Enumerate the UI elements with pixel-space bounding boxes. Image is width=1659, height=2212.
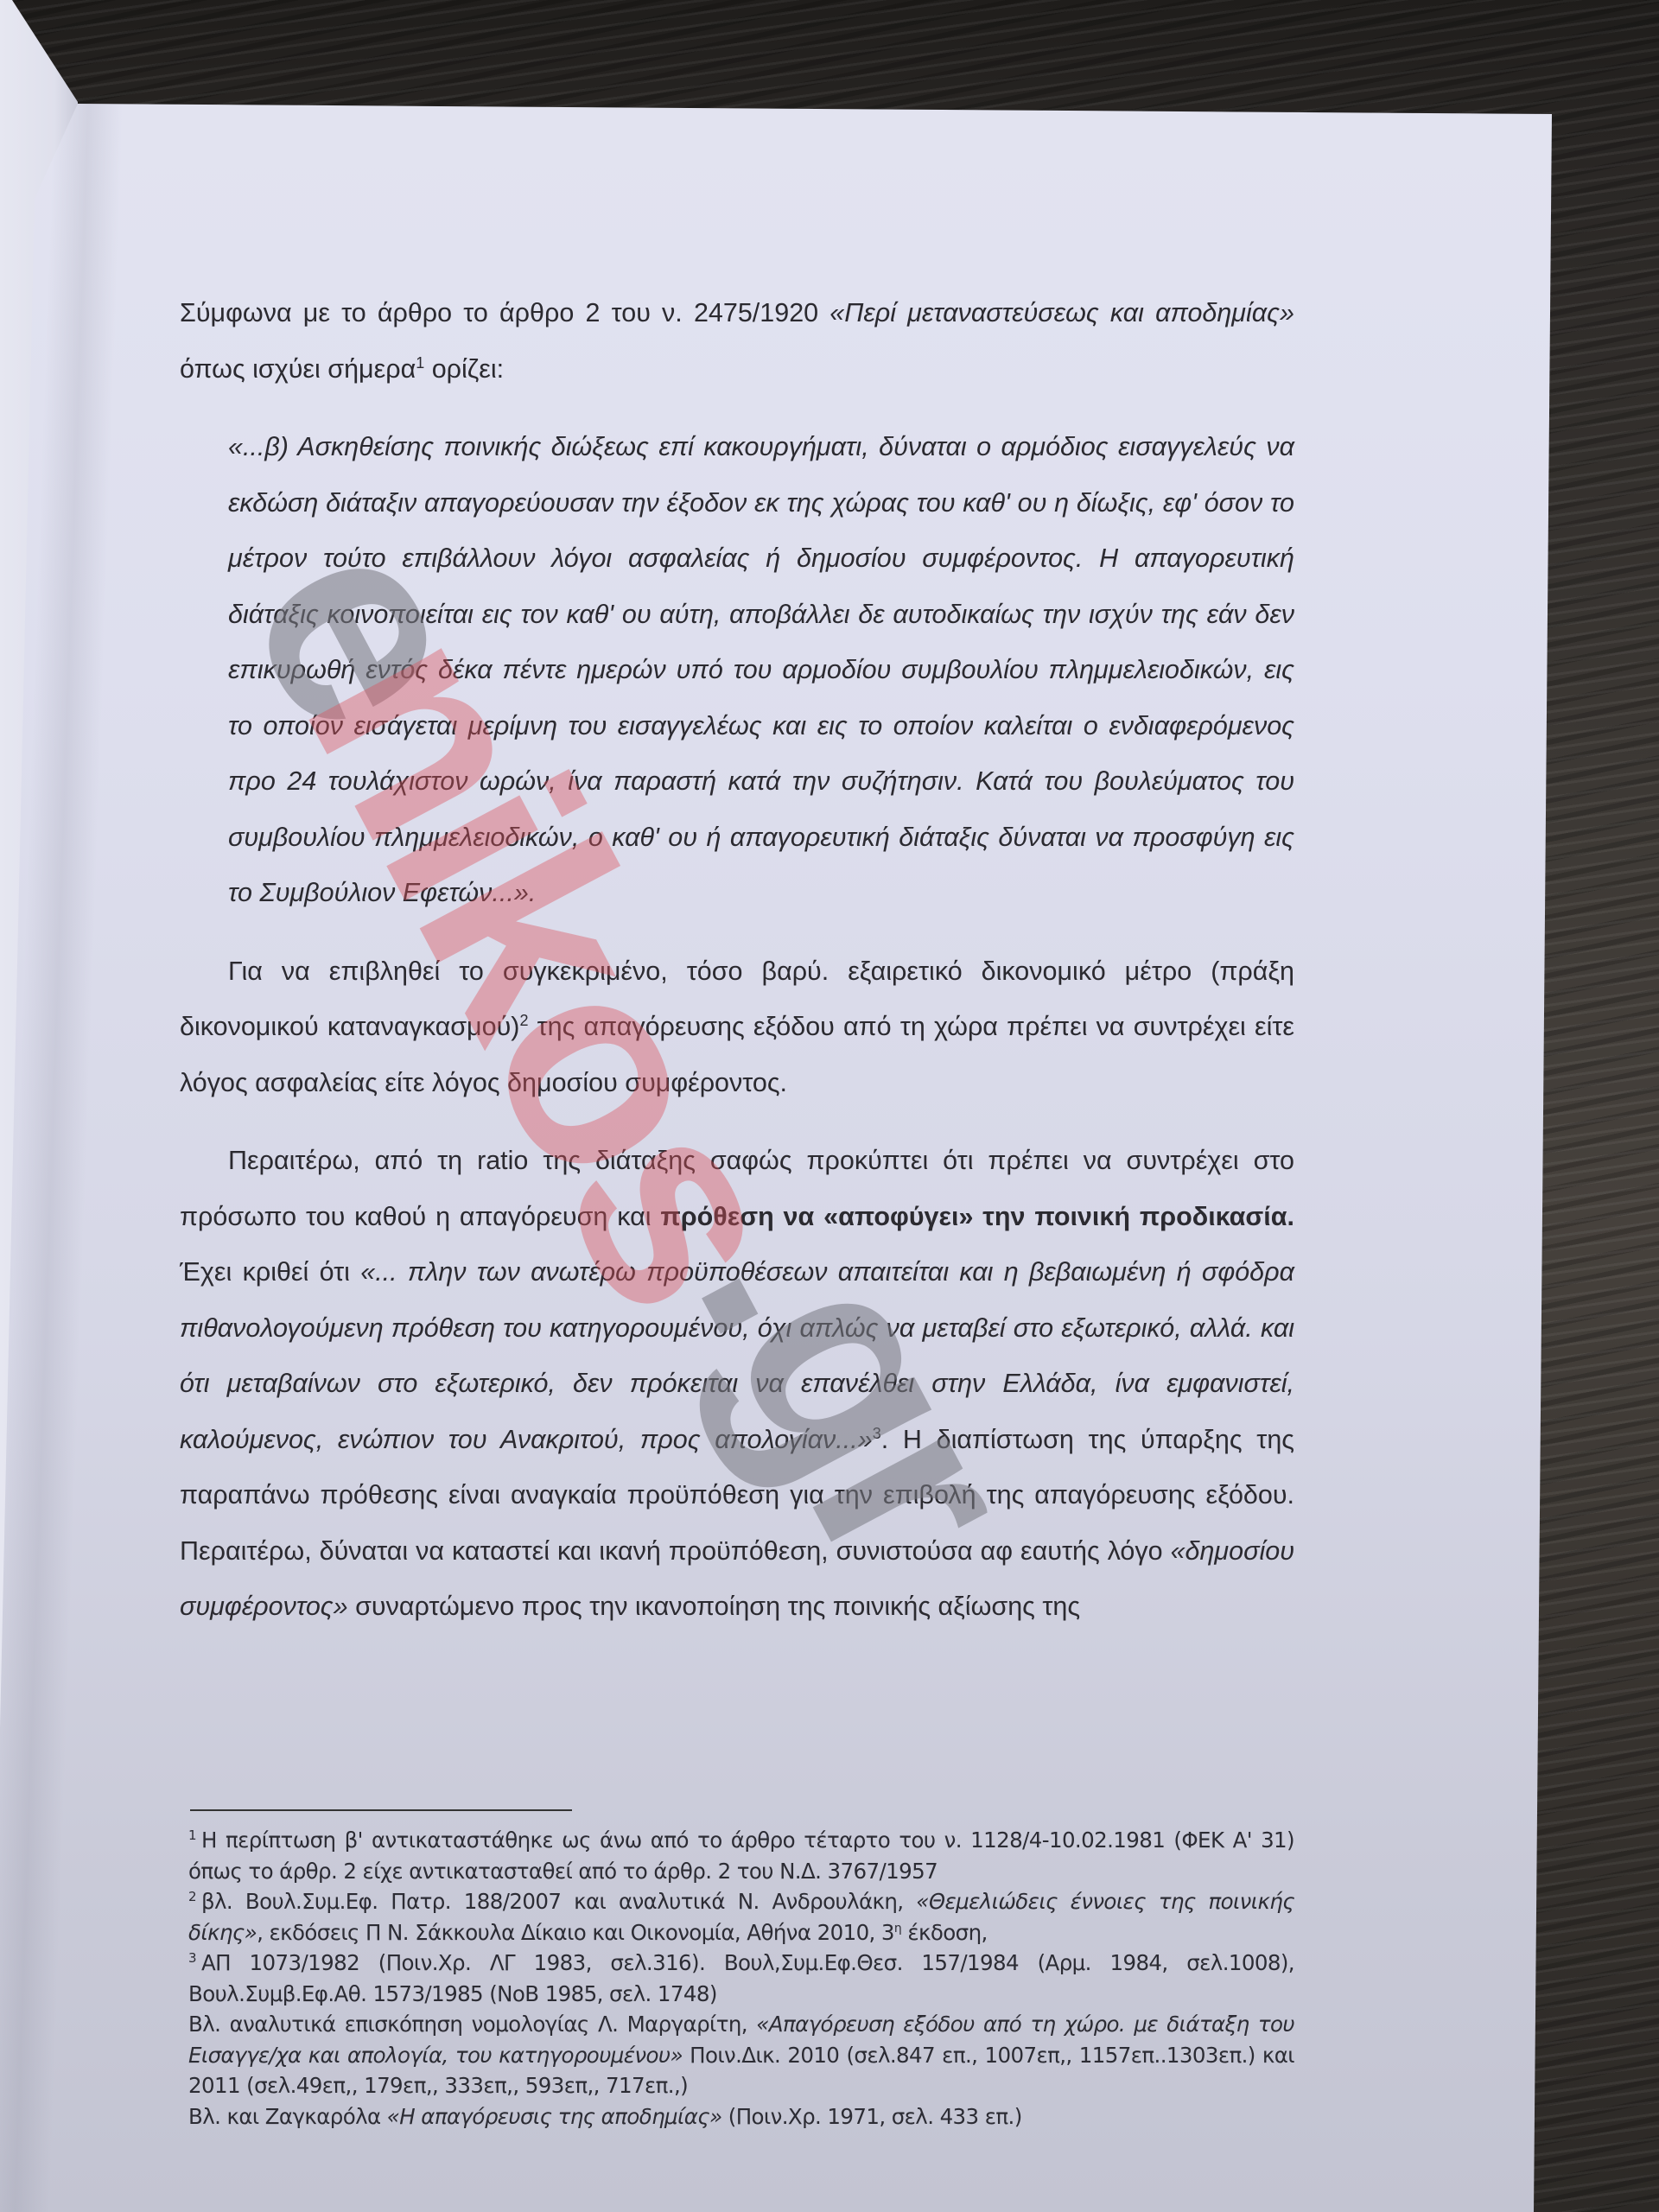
- footnote-ref-1: 1: [416, 353, 424, 371]
- footnote-3-zagkarola: Βλ. και Ζαγκαρόλα «Η απαγόρευσις της απο…: [188, 2101, 1294, 2133]
- footnote-ref-2: 2: [519, 1012, 528, 1029]
- paragraph-intro: Σύμφωνα με το άρθρο το άρθρο 2 του ν. 24…: [180, 285, 1294, 397]
- footnote-1: 1Η περίπτωση β' αντικαταστάθηκε ως άνω α…: [188, 1825, 1294, 1886]
- body-text: Σύμφωνα με το άρθρο το άρθρο 2 του ν. 24…: [180, 285, 1294, 1635]
- footnote-2: 2βλ. Βουλ.Συμ.Εφ. Πατρ. 188/2007 και ανα…: [188, 1886, 1294, 1948]
- document-page: Σύμφωνα με το άρθρο το άρθρο 2 του ν. 24…: [0, 0, 1659, 2212]
- law-quote: «...β) Ασκηθείσης ποινικής διώξεως επί κ…: [180, 419, 1294, 921]
- footnote-separator: [190, 1809, 572, 1811]
- law-title: «Περί μεταναστεύσεως και αποδημίας»: [829, 298, 1294, 327]
- paragraph-intent: Περαιτέρω, από τη ratio της διάταξης σαφ…: [180, 1133, 1294, 1635]
- bold-emphasis: πρόθεση να «αποφύγει» την ποινική προδικ…: [660, 1202, 1294, 1231]
- paragraph-measure: Για να επιβληθεί το συγκεκριμένο, τόσο β…: [180, 944, 1294, 1111]
- footnotes: 1Η περίπτωση β' αντικαταστάθηκε ως άνω α…: [188, 1825, 1294, 2132]
- footnote-3: 3ΑΠ 1073/1982 (Ποιν.Χρ. ΛΓ 1983, σελ.316…: [188, 1948, 1294, 2009]
- footnote-3-review: Βλ. αναλυτικά επισκόπηση νομολογίας Λ. Μ…: [188, 2009, 1294, 2101]
- footnote-ref-3: 3: [873, 1424, 881, 1441]
